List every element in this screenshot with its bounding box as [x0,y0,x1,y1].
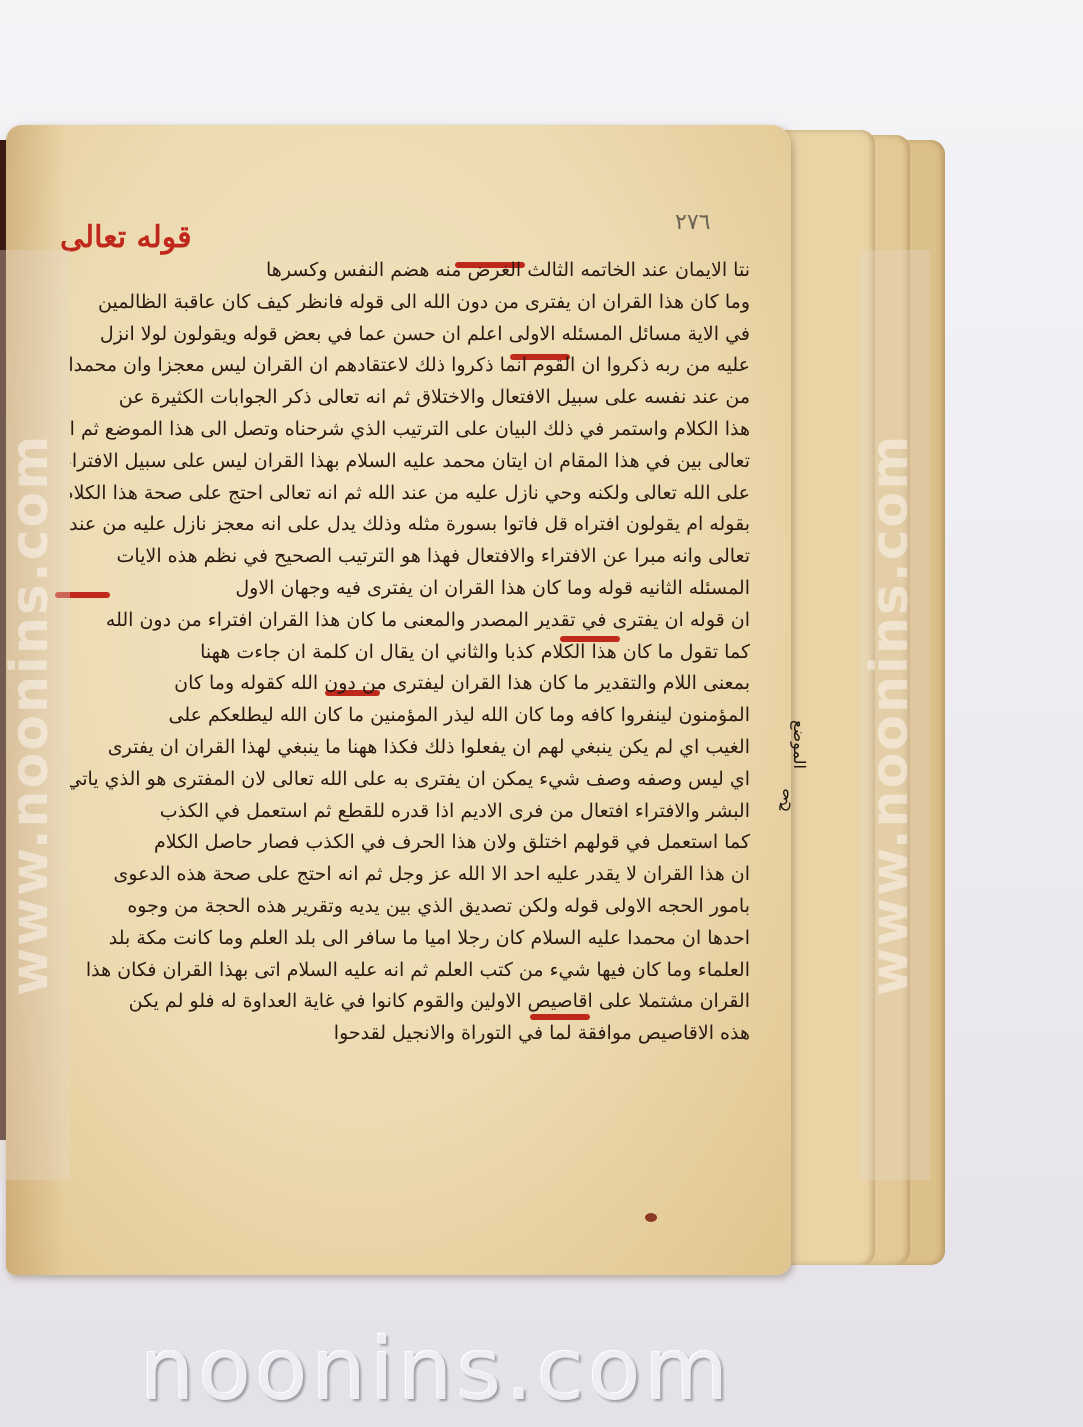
text-line: القران مشتملا على اقاصيص الاولين والقوم … [70,986,750,1018]
text-line: البشر والافتراء افتعال من فرى الاديم اذا… [70,796,750,828]
text-line: العلماء وما كان فيها شيء من كتب العلم ثم… [70,955,750,987]
side-watermark-right: www.noonins.com [860,250,930,1180]
text-line: كما استعمل في قولهم اختلق ولان هذا الحرف… [70,827,750,859]
text-line: وما كان هذا القران ان يفترى من دون الله … [70,287,750,319]
text-line: احدها ان محمدا عليه السلام كان رجلا اميا… [70,923,750,955]
text-line: ان قوله ان يفترى في تقدير المصدر والمعنى… [70,605,750,637]
text-line: على الله تعالى ولكنه وحي نازل عليه من عن… [70,478,750,510]
text-line: هذا الكلام واستمر في ذلك البيان على التر… [70,414,750,446]
text-line: بامور الحجه الاولى قوله ولكن تصديق الذي … [70,891,750,923]
text-line: تعالى بين في هذا المقام ان ايتان محمد عل… [70,446,750,478]
text-line: هذه الاقاصيص موافقة لما في التوراة والان… [70,1018,750,1050]
text-line: تعالى وانه مبرا عن الافتراء والافتعال فه… [70,541,750,573]
text-line: نتا الايمان عند الخاتمه الثالث الغرض منه… [70,255,750,287]
manuscript-text: نتا الايمان عند الخاتمه الثالث الغرض منه… [70,255,750,1050]
ink-stain [645,1213,657,1222]
text-line: المؤمنون لينفروا كافه وما كان الله ليذر … [70,700,750,732]
bottom-watermark: noonins.com [140,1320,732,1420]
text-line: بمعنى اللام والتقدير ما كان هذا القران ل… [70,668,750,700]
text-line: اي ليس وصفه وصف شيء يمكن ان يفترى به على… [70,764,750,796]
margin-note-vertical: الموضع [790,720,809,769]
text-line: من عند نفسه على سبيل الافتعال والاختلاق … [70,382,750,414]
side-watermark-left: www.noonins.com [0,250,70,1180]
text-line: في الاية مسائل المسئله الاولى اعلم ان حس… [70,319,750,351]
rubric-heading: قوله تعالى [60,220,192,255]
text-line: عليه من ربه ذكروا ان القوم انما ذكروا ذل… [70,350,750,382]
text-line: كما تقول ما كان هذا الكلام كذبا والثاني … [70,637,750,669]
text-line: الغيب اي لم يكن ينبغي لهم ان يفعلوا ذلك … [70,732,750,764]
text-line: المسئله الثانيه قوله وما كان هذا القران … [70,573,750,605]
page-number: ٢٧٦ [675,210,710,235]
text-line: بقوله ام يقولون افتراه قل فاتوا بسورة مث… [70,509,750,541]
text-line: ان هذا القران لا يقدر عليه احد الا الله … [70,859,750,891]
